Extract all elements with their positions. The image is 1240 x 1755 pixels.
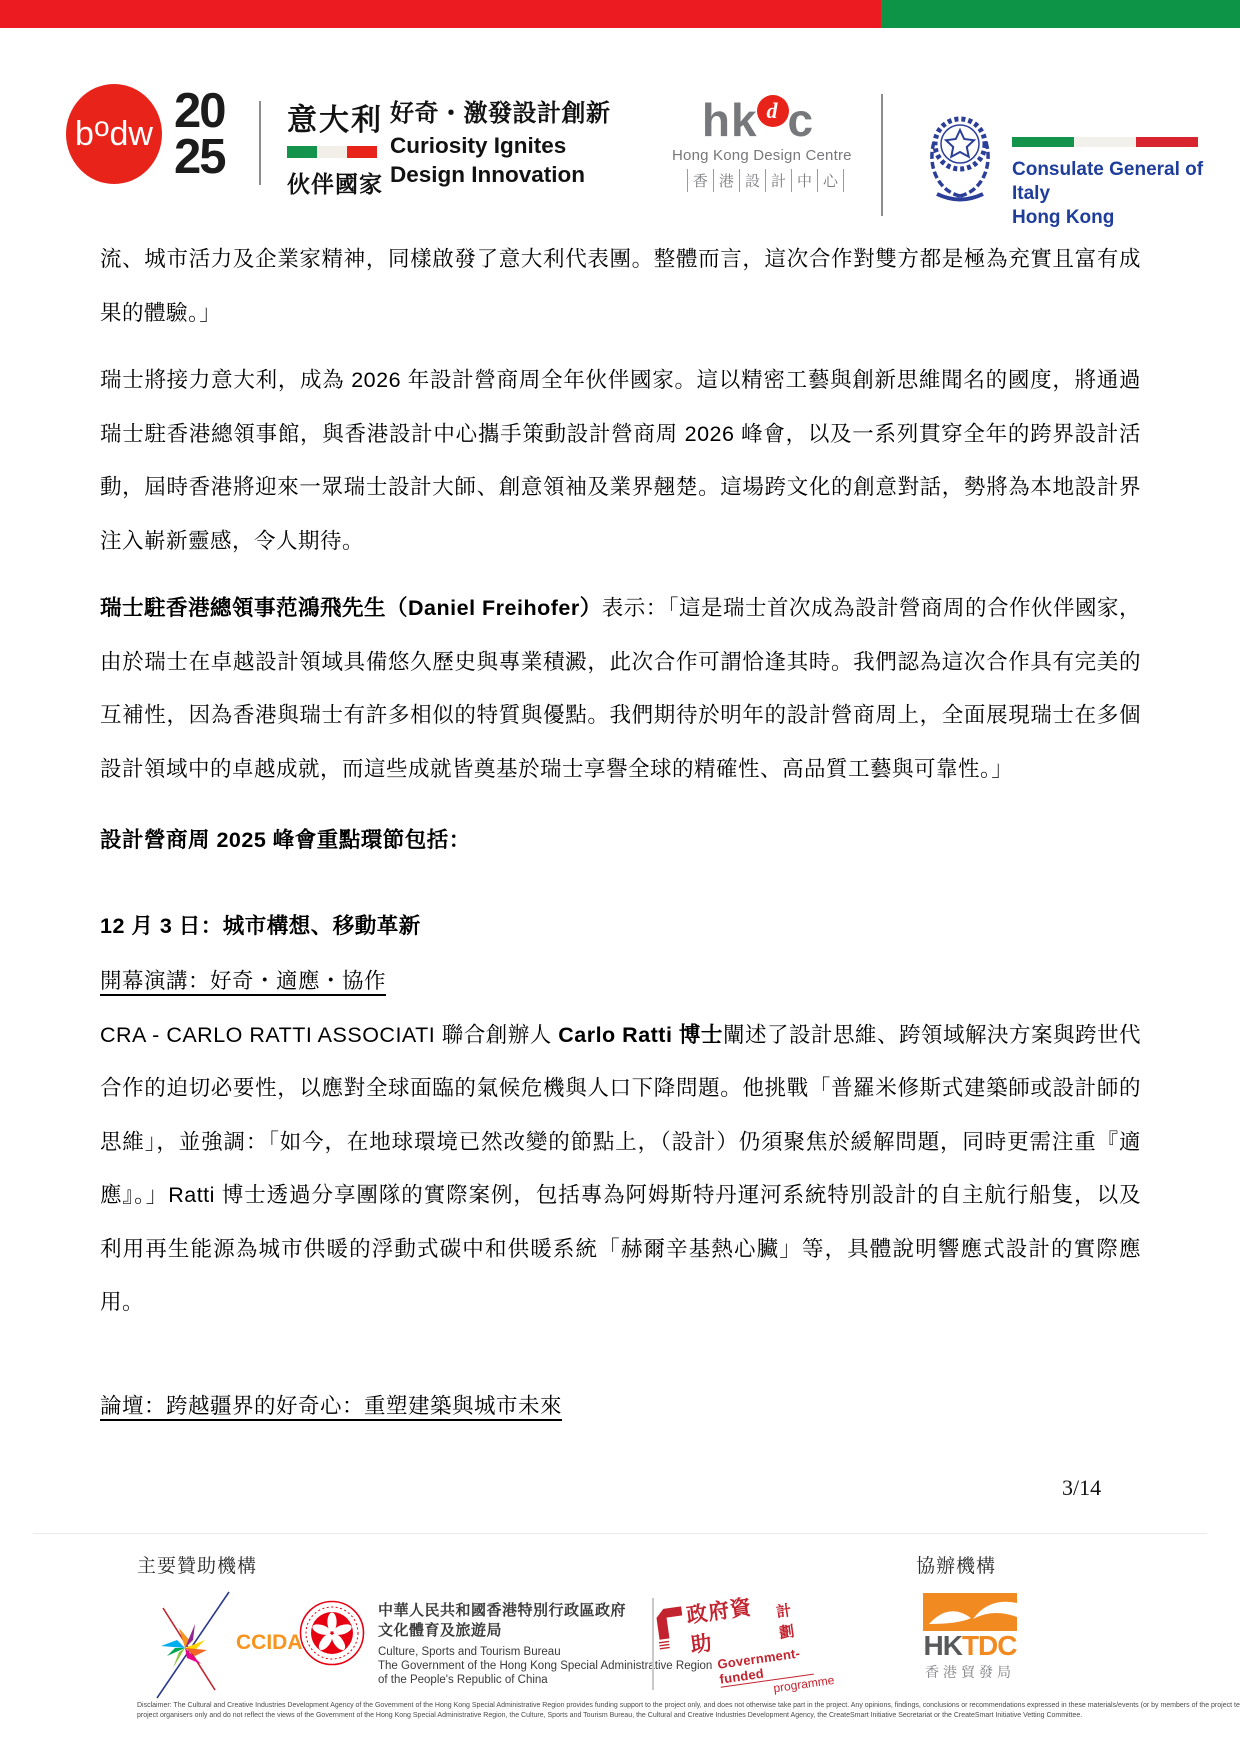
disclaimer: Disclaimer: The Cultural and Creative In… xyxy=(137,1701,1207,1720)
disclaimer-line2: project organisers only and do not refle… xyxy=(137,1711,1207,1721)
paragraph-3-text: 表示：「這是瑞士首次成為設計營商周的合作伙伴國家，由於瑞士在卓越設計領域具備悠久… xyxy=(100,596,1141,781)
partner-country-name: 意大利 xyxy=(287,95,383,139)
header-divider-2 xyxy=(881,94,883,216)
paragraph-1: 流、城市活力及企業家精神，同樣啟發了意大利代表團。整體而言，這次合作對雙方都是極… xyxy=(100,233,1141,340)
bodw-wordmark: bodw xyxy=(75,117,153,151)
hktdc-name-zh: 香港貿發局 xyxy=(920,1662,1020,1682)
hkdc-name-en: Hong Kong Design Centre xyxy=(672,147,844,164)
bodw-logo: bodw xyxy=(66,84,162,184)
hkdc-name-zh: 香港設計中心 xyxy=(672,169,844,192)
hktdc-wordmark: HKTDC xyxy=(920,1632,1020,1660)
speaker-name-bold: 瑞士駐香港總領事范鴻飛先生（Daniel Freihofer） xyxy=(100,596,602,620)
document-page: bodw 20 25 意大利 伙伴國家 好奇・激發設計創新 Curiosity … xyxy=(0,0,1240,1755)
partner-country-block: 意大利 伙伴國家 xyxy=(287,95,383,199)
hkdc-wordmark: hkdc xyxy=(672,95,844,145)
event-tagline: 好奇・激發設計創新 Curiosity Ignites Design Innov… xyxy=(390,93,611,189)
opening-keynote-title: 開幕演講：好奇・適應・協作 xyxy=(100,955,1141,1009)
footer-rule xyxy=(33,1533,1207,1534)
consulate-name: Consulate General of Italy Hong Kong xyxy=(1012,158,1240,230)
paragraph-3: 瑞士駐香港總領事范鴻飛先生（Daniel Freihofer）表示：「這是瑞士首… xyxy=(100,582,1141,796)
funded-icon xyxy=(651,1602,687,1652)
paragraph-2: 瑞士將接力意大利，成為 2026 年設計營商周全年伙伴國家。這以精密工藝與創新思… xyxy=(100,354,1141,568)
consulate-block: Consulate General of Italy Hong Kong xyxy=(1012,130,1240,230)
funded-zh: 政府資助 xyxy=(684,1588,775,1659)
forum-title: 論壇：跨越疆界的好奇心：重塑建築與城市未來 xyxy=(100,1380,1141,1434)
top-bar-red xyxy=(0,0,881,28)
consulate-flag-bar xyxy=(1012,137,1240,147)
hkdc-logo: hkdc Hong Kong Design Centre 香港設計中心 xyxy=(672,95,844,192)
document-body: 流、城市活力及企業家精神，同樣啟發了意大利代表團。整體而言，這次合作對雙方都是極… xyxy=(100,233,1141,1433)
page-number: 3/14 xyxy=(1062,1475,1101,1501)
tagline-en: Curiosity Ignites Design Innovation xyxy=(390,131,611,189)
carlo-ratti-bold: Carlo Ratti 博士 xyxy=(558,1023,723,1047)
italy-emblem-icon xyxy=(918,106,1002,213)
hksar-emblem-icon xyxy=(299,1600,365,1671)
paragraph-4: CRA - CARLO RATTI ASSOCIATI 聯合創辦人 Carlo … xyxy=(100,1009,1141,1330)
section-heading: 設計營商周 2025 峰會重點環節包括： xyxy=(100,814,1141,868)
hktdc-logo: HKTDC 香港貿發局 xyxy=(920,1593,1020,1682)
funded-zh2: 計劃 xyxy=(775,1597,809,1643)
date-heading: 12 月 3 日：城市構想、移動革新 xyxy=(100,900,1141,954)
government-funded-logo: 政府資助 計劃 Government-funded programme xyxy=(653,1584,812,1682)
disclaimer-line1: Disclaimer: The Cultural and Creative In… xyxy=(137,1701,1207,1711)
hkdc-d-circle-icon: d xyxy=(757,95,789,127)
italy-flag-bar xyxy=(287,146,383,158)
bodw-year: 20 25 xyxy=(174,88,225,180)
header-divider-1 xyxy=(259,101,261,185)
tagline-zh: 好奇・激發設計創新 xyxy=(390,93,611,128)
partner-country-label: 伙伴國家 xyxy=(287,166,383,199)
lead-sponsor-label: 主要贊助機構 xyxy=(137,1551,257,1578)
co-organiser-label: 協辦機構 xyxy=(916,1551,996,1578)
top-bar-green xyxy=(881,0,1240,28)
hktdc-bird-icon xyxy=(923,1593,1017,1631)
ccida-starburst-icon xyxy=(143,1590,243,1705)
